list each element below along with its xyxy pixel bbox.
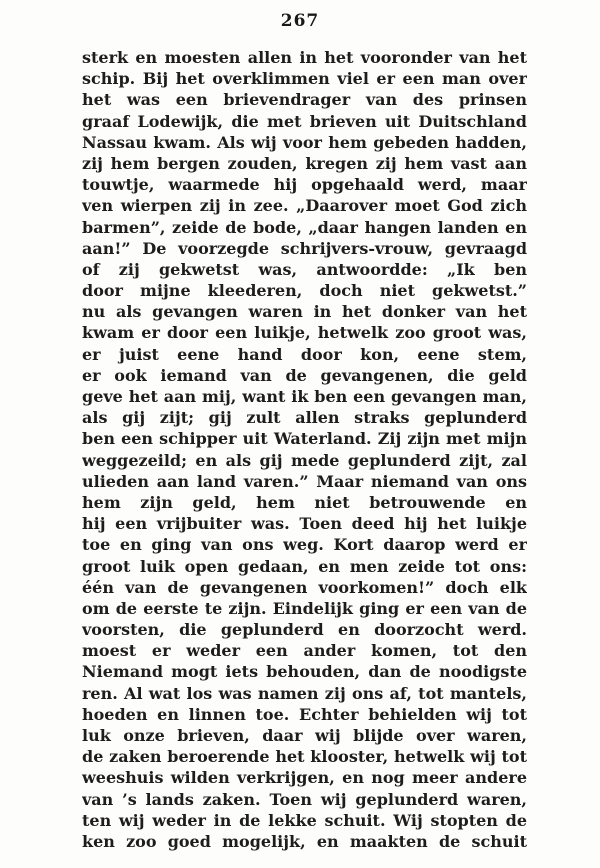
page-number: 267 <box>0 11 600 31</box>
text-line: er juist eene hand door kon, eene stem, … <box>82 344 527 365</box>
text-line: hoeden en linnen toe. Echter behielden w… <box>82 704 527 725</box>
text-line: zij hem bergen zouden, kregen zij hem va… <box>82 153 527 174</box>
text-line: als gij zijt; gij zult allen straks gepl… <box>82 407 527 428</box>
text-line: barmen”, zeide de bode, „daar hangen lan… <box>82 217 527 238</box>
text-line: schip. Bij het overklimmen viel er een m… <box>82 68 527 89</box>
text-line: moest er weder een ander komen, tot den … <box>82 640 527 661</box>
text-line: toe en ging van ons weg. Kort daarop wer… <box>82 534 527 555</box>
text-line: ben een schipper uit Waterland. Zij zijn… <box>82 428 527 449</box>
text-line: ken zoo goed mogelijk, en maakten de sch… <box>82 831 527 852</box>
text-line: van ’s lands zaken. Toen wij geplunderd … <box>82 789 527 810</box>
text-line: of zij gekwetst was, antwoordde: „Ik ben… <box>82 259 527 280</box>
text-line: het was een brievendrager van des prinse… <box>82 89 527 110</box>
text-line: om de eerste te zijn. Eindelijk ging er … <box>82 598 527 619</box>
text-line: weeshuis wilden verkrijgen, en nog meer … <box>82 767 527 788</box>
text-line: kwam er door een luikje, hetwelk zoo gro… <box>82 322 527 343</box>
text-line: nu als gevangen waren in het donker van … <box>82 301 527 322</box>
text-line: geve het aan mij, want ik ben een gevang… <box>82 386 527 407</box>
text-line: Niemand mogt iets behouden, dan de noodi… <box>82 661 527 682</box>
text-line: ten wij weder in de lekke schuit. Wij st… <box>82 810 527 831</box>
text-line: één van de gevangenen voorkomen!” doch e… <box>82 577 527 598</box>
text-line: weggezeild; en als gij mede geplunderd z… <box>82 450 527 471</box>
text-line: hij een vrijbuiter was. Toen deed hij he… <box>82 513 527 534</box>
text-line: sterk en moesten allen in het vooronder … <box>82 47 527 68</box>
text-line: ven wierpen zij in zee. „Daarover moet G… <box>82 195 527 216</box>
text-line: groot luik open gedaan, en men zeide tot… <box>82 556 527 577</box>
page-text: sterk en moesten allen in het vooronder … <box>82 47 527 852</box>
text-line: aan!” De voorzegde schrijvers-vrouw, gev… <box>82 238 527 259</box>
text-line: luk onze brieven, daar wij blijde over w… <box>82 725 527 746</box>
text-line: ren. Al wat los was namen zij ons af, to… <box>82 683 527 704</box>
text-line: door mijne kleederen, doch niet gekwetst… <box>82 280 527 301</box>
book-page: 267 sterk en moesten allen in het vooron… <box>0 0 600 868</box>
text-line: er ook iemand van de gevangenen, die gel… <box>82 365 527 386</box>
text-line: Nassau kwam. Als wij voor hem gebeden ha… <box>82 132 527 153</box>
text-line: hem zijn geld, hem niet betrouwende en d… <box>82 492 527 513</box>
text-line: ulieden aan land varen.” Maar niemand va… <box>82 471 527 492</box>
text-line: de zaken beroerende het klooster, hetwel… <box>82 746 527 767</box>
text-line: voorsten, die geplunderd en doorzocht we… <box>82 619 527 640</box>
text-line: touwtje, waarmede hij opgehaald werd, ma… <box>82 174 527 195</box>
text-line: graaf Lodewijk, die met brieven uit Duit… <box>82 111 527 132</box>
